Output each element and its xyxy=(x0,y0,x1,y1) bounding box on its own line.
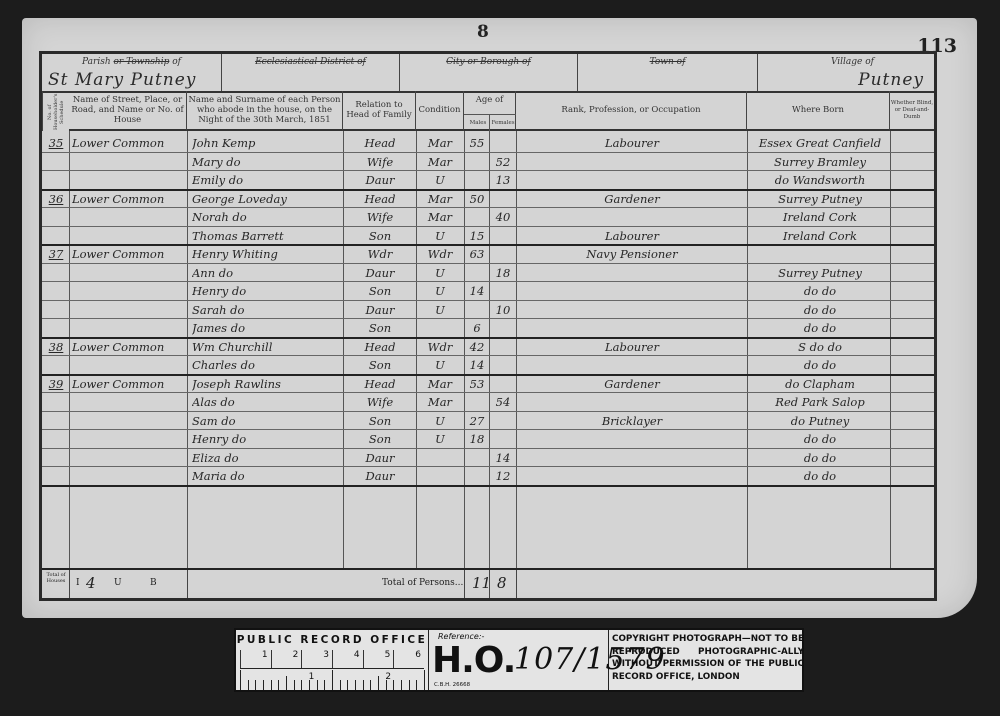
cell-schedule xyxy=(44,448,68,466)
cell-male-age: 14 xyxy=(466,355,488,373)
cell-schedule xyxy=(44,170,68,188)
cell-male-age: 63 xyxy=(466,244,488,262)
cell-schedule: 35 xyxy=(44,133,68,151)
cell-street xyxy=(72,300,186,318)
village-value: Putney xyxy=(858,70,924,90)
cell-schedule xyxy=(44,207,68,225)
cell-street xyxy=(72,263,186,281)
cell-street xyxy=(72,281,186,299)
cell-schedule xyxy=(44,263,68,281)
cell-blind xyxy=(892,448,932,466)
ruler-cm-label: 3 xyxy=(301,650,332,668)
cell-relation: Head xyxy=(345,337,415,355)
cell-occupation xyxy=(520,263,744,281)
cell-blind xyxy=(892,281,932,299)
cell-schedule xyxy=(44,281,68,299)
cell-condition: U xyxy=(418,355,462,373)
cell-relation: Son xyxy=(345,355,415,373)
inhabited-label: I xyxy=(76,578,80,588)
cell-where-born: Red Park Salop xyxy=(750,392,890,410)
cell-where-born: do do xyxy=(750,281,890,299)
cell-name: James do xyxy=(192,318,342,336)
cell-where-born: do do xyxy=(750,448,890,466)
cell-occupation: Labourer xyxy=(520,337,744,355)
cell-occupation: Navy Pensioner xyxy=(520,244,744,262)
cell-where-born: do do xyxy=(750,300,890,318)
cell-street xyxy=(72,466,186,484)
cell-blind xyxy=(892,392,932,410)
cell-occupation xyxy=(520,300,744,318)
cell-name: Alas do xyxy=(192,392,342,410)
cell-name: Maria do xyxy=(192,466,342,484)
cell-relation: Wdr xyxy=(345,244,415,262)
cell-male-age: 55 xyxy=(466,133,488,151)
cell-condition: U xyxy=(418,411,462,429)
cell-where-born: do Clapham xyxy=(750,374,890,392)
cell-street: Lower Common xyxy=(72,133,186,151)
cell-name: Ann do xyxy=(192,263,342,281)
cell-female-age xyxy=(491,337,515,355)
cell-condition: U xyxy=(418,170,462,188)
cell-relation: Son xyxy=(345,226,415,244)
building-label: B xyxy=(150,578,157,588)
cell-relation: Wife xyxy=(345,152,415,170)
cell-condition: Mar xyxy=(418,207,462,225)
folio-number: 8 xyxy=(477,22,489,42)
cell-female-age: 18 xyxy=(491,263,515,281)
cell-blind xyxy=(892,133,932,151)
location-row: Parish or Township of St Mary Putney Ecc… xyxy=(42,54,934,93)
parish-label: Parish xyxy=(82,57,111,67)
cell-name: Thomas Barrett xyxy=(192,226,342,244)
table-row: Thomas BarrettSonU15LabourerIreland Cork xyxy=(42,226,934,247)
cell-female-age: 40 xyxy=(491,207,515,225)
cell-name: Eliza do xyxy=(192,448,342,466)
cell-male-age xyxy=(466,170,488,188)
cell-street xyxy=(72,429,186,447)
females-total: 8 xyxy=(497,574,507,592)
cell-blind xyxy=(892,355,932,373)
cell-female-age xyxy=(491,133,515,151)
parish-value: St Mary Putney xyxy=(48,70,196,90)
header-females: Females xyxy=(491,120,515,126)
cell-occupation xyxy=(520,318,744,336)
table-row: Henry doSonU14do do xyxy=(42,281,934,301)
cell-name: Norah do xyxy=(192,207,342,225)
cell-schedule xyxy=(44,318,68,336)
cell-street xyxy=(72,207,186,225)
cell-street xyxy=(72,226,186,244)
cell-name: George Loveday xyxy=(192,189,342,207)
cell-schedule: 36 xyxy=(44,189,68,207)
cell-male-age: 6 xyxy=(466,318,488,336)
table-row: Henry doSonU18do do xyxy=(42,429,934,449)
cell-relation: Son xyxy=(345,429,415,447)
census-form: Parish or Township of St Mary Putney Ecc… xyxy=(39,51,937,601)
cell-female-age xyxy=(491,281,515,299)
cell-name: Charles do xyxy=(192,355,342,373)
cell-where-born xyxy=(750,244,890,262)
table-row: Maria doDaur12do do xyxy=(42,466,934,487)
cell-occupation xyxy=(520,355,744,373)
city-borough-cell: City or Borough of xyxy=(400,54,578,91)
cell-name: Henry do xyxy=(192,429,342,447)
cell-condition xyxy=(418,318,462,336)
cell-condition: Mar xyxy=(418,189,462,207)
cell-male-age xyxy=(466,152,488,170)
ruler-cm-label: 1 xyxy=(240,650,271,668)
township-struck: or Township xyxy=(114,57,170,67)
table-row: 35Lower CommonJohn KempHeadMar55Labourer… xyxy=(42,133,934,153)
header-blind-deaf: Whether Blind, or Deaf-and-Dumb xyxy=(890,91,934,131)
cell-blind xyxy=(892,466,932,484)
table-row: 36Lower CommonGeorge LovedayHeadMar50Gar… xyxy=(42,189,934,209)
cell-name: Mary do xyxy=(192,152,342,170)
table-row: Sam doSonU27Bricklayerdo Putney xyxy=(42,411,934,431)
cell-where-born: do Wandsworth xyxy=(750,170,890,188)
cell-female-age xyxy=(491,355,515,373)
header-street: Name of Street, Place, or Road, and Name… xyxy=(69,91,187,131)
cell-female-age: 52 xyxy=(491,152,515,170)
cell-relation: Son xyxy=(345,411,415,429)
reference-section: Reference:- H.O. 107/1579 C.B.H. 26668 xyxy=(428,630,609,690)
cell-street xyxy=(72,355,186,373)
header-where-born: Where Born xyxy=(747,91,890,131)
cell-blind xyxy=(892,244,932,262)
cbh-code: C.B.H. 26668 xyxy=(434,682,470,688)
cell-female-age: 14 xyxy=(491,448,515,466)
total-persons-label: Total of Persons... xyxy=(382,578,463,588)
cell-blind xyxy=(892,429,932,447)
ecclesiastical-cell: Ecclesiastical District of xyxy=(222,54,400,91)
header-relation: Relation to Head of Family xyxy=(343,91,416,131)
of-label: of xyxy=(172,57,181,67)
office-title: PUBLIC RECORD OFFICE xyxy=(236,634,428,646)
cell-relation: Daur xyxy=(345,466,415,484)
cell-blind xyxy=(892,318,932,336)
cell-blind xyxy=(892,337,932,355)
cell-condition xyxy=(418,448,462,466)
cell-street: Lower Common xyxy=(72,337,186,355)
cell-condition: Mar xyxy=(418,152,462,170)
cell-blind xyxy=(892,300,932,318)
cell-female-age xyxy=(491,226,515,244)
cell-schedule: 37 xyxy=(44,244,68,262)
cell-female-age: 12 xyxy=(491,466,515,484)
table-row: Alas doWifeMar54Red Park Salop xyxy=(42,392,934,412)
cell-blind xyxy=(892,226,932,244)
cell-male-age xyxy=(466,448,488,466)
cell-schedule xyxy=(44,392,68,410)
parish-cell: Parish or Township of St Mary Putney xyxy=(42,54,222,91)
ruler-cm-label: 4 xyxy=(332,650,363,668)
ruler-cm-label: 5 xyxy=(363,650,394,668)
table-row: Sarah doDaurU10do do xyxy=(42,300,934,320)
cell-occupation xyxy=(520,170,744,188)
village-cell: Village of Putney xyxy=(758,54,934,91)
town-cell: Town of xyxy=(578,54,758,91)
cell-relation: Head xyxy=(345,189,415,207)
cell-relation: Son xyxy=(345,281,415,299)
cell-blind xyxy=(892,170,932,188)
cell-occupation: Bricklayer xyxy=(520,411,744,429)
cell-relation: Daur xyxy=(345,300,415,318)
ruler-cm-label: 6 xyxy=(393,650,424,668)
ruler-inch-label: 2 xyxy=(385,672,391,682)
ruler-section: PUBLIC RECORD OFFICE 12345612 xyxy=(236,630,429,690)
table-row: Eliza doDaur14do do xyxy=(42,448,934,468)
cell-where-born: do do xyxy=(750,318,890,336)
cell-male-age: 53 xyxy=(466,374,488,392)
cell-female-age xyxy=(491,374,515,392)
cell-where-born: Surrey Bramley xyxy=(750,152,890,170)
cell-name: Wm Churchill xyxy=(192,337,342,355)
cell-condition: U xyxy=(418,281,462,299)
cell-occupation xyxy=(520,466,744,484)
cell-where-born: do do xyxy=(750,355,890,373)
cell-female-age xyxy=(491,429,515,447)
cell-where-born: do do xyxy=(750,429,890,447)
cell-occupation xyxy=(520,448,744,466)
cell-female-age xyxy=(491,411,515,429)
archive-label: PUBLIC RECORD OFFICE 12345612 Reference:… xyxy=(234,628,804,692)
cell-relation: Wife xyxy=(345,392,415,410)
series-code: H.O. xyxy=(432,640,515,681)
town-label: Town of xyxy=(650,57,686,67)
cell-male-age xyxy=(466,466,488,484)
cell-street xyxy=(72,318,186,336)
cell-relation: Daur xyxy=(345,448,415,466)
cell-relation: Son xyxy=(345,318,415,336)
cell-occupation xyxy=(520,207,744,225)
cell-relation: Head xyxy=(345,133,415,151)
cell-where-born: Surrey Putney xyxy=(750,189,890,207)
totals-row: Total of Houses I 4 U B Total of Persons… xyxy=(42,568,934,598)
cell-occupation: Labourer xyxy=(520,133,744,151)
cell-condition: U xyxy=(418,226,462,244)
cell-male-age xyxy=(466,392,488,410)
cell-female-age xyxy=(491,318,515,336)
cell-where-born: S do do xyxy=(750,337,890,355)
cell-name: Sam do xyxy=(192,411,342,429)
cell-schedule xyxy=(44,429,68,447)
cell-blind xyxy=(892,207,932,225)
cell-schedule xyxy=(44,411,68,429)
cell-where-born: do do xyxy=(750,466,890,484)
cell-schedule xyxy=(44,466,68,484)
header-name: Name and Surname of each Person who abod… xyxy=(187,91,343,131)
cell-street xyxy=(72,411,186,429)
village-label: Village of xyxy=(758,57,934,67)
cell-street xyxy=(72,170,186,188)
ruler-inch-label: 1 xyxy=(309,672,315,682)
cell-blind xyxy=(892,263,932,281)
cell-female-age xyxy=(491,244,515,262)
cell-schedule xyxy=(44,226,68,244)
cell-condition: U xyxy=(418,429,462,447)
cell-schedule xyxy=(44,152,68,170)
cell-blind xyxy=(892,374,932,392)
copyright-notice: COPYRIGHT PHOTOGRAPH—NOT TO BE REPRODUCE… xyxy=(608,633,808,683)
cell-male-age: 27 xyxy=(466,411,488,429)
table-row: 37Lower CommonHenry WhitingWdrWdr63Navy … xyxy=(42,244,934,264)
table-row: James doSon6do do xyxy=(42,318,934,339)
cell-where-born: Ireland Cork xyxy=(750,226,890,244)
cell-occupation xyxy=(520,429,744,447)
cell-occupation xyxy=(520,392,744,410)
cell-street: Lower Common xyxy=(72,244,186,262)
cell-occupation xyxy=(520,281,744,299)
inhabited-value: 4 xyxy=(86,574,96,592)
cell-blind xyxy=(892,152,932,170)
cell-condition: Mar xyxy=(418,374,462,392)
cell-name: Emily do xyxy=(192,170,342,188)
cell-relation: Daur xyxy=(345,263,415,281)
header-condition: Condition xyxy=(416,91,464,131)
table-row: Mary doWifeMar52Surrey Bramley xyxy=(42,152,934,172)
header-occupation: Rank, Profession, or Occupation xyxy=(516,91,747,131)
cell-schedule xyxy=(44,300,68,318)
scale-ruler: 12345612 xyxy=(240,650,424,690)
cell-occupation: Gardener xyxy=(520,189,744,207)
table-row: Norah doWifeMar40Ireland Cork xyxy=(42,207,934,227)
cell-condition xyxy=(418,466,462,484)
cell-condition: Mar xyxy=(418,133,462,151)
cell-condition: U xyxy=(418,300,462,318)
cell-street: Lower Common xyxy=(72,189,186,207)
ecclesiastical-label: Ecclesiastical District of xyxy=(255,57,366,67)
cell-male-age: 18 xyxy=(466,429,488,447)
cell-relation: Daur xyxy=(345,170,415,188)
cell-where-born: Ireland Cork xyxy=(750,207,890,225)
uninhabited-label: U xyxy=(114,578,122,588)
cell-male-age: 15 xyxy=(466,226,488,244)
cell-where-born: do Putney xyxy=(750,411,890,429)
ruler-cm-label: 2 xyxy=(271,650,302,668)
cell-street xyxy=(72,392,186,410)
cell-relation: Head xyxy=(345,374,415,392)
cell-male-age xyxy=(466,263,488,281)
cell-condition: U xyxy=(418,263,462,281)
header-males: Males xyxy=(466,120,490,126)
cell-male-age xyxy=(466,207,488,225)
cell-condition: Wdr xyxy=(418,337,462,355)
cell-schedule: 39 xyxy=(44,374,68,392)
cell-name: Sarah do xyxy=(192,300,342,318)
cell-condition: Wdr xyxy=(418,244,462,262)
cell-condition: Mar xyxy=(418,392,462,410)
cell-female-age xyxy=(491,189,515,207)
cell-occupation: Labourer xyxy=(520,226,744,244)
cell-blind xyxy=(892,411,932,429)
table-row: 38Lower CommonWm ChurchillHeadWdr42Labou… xyxy=(42,337,934,357)
cell-male-age: 14 xyxy=(466,281,488,299)
cell-male-age: 42 xyxy=(466,337,488,355)
city-borough-label: City or Borough of xyxy=(446,57,531,67)
cell-female-age: 13 xyxy=(491,170,515,188)
cell-street: Lower Common xyxy=(72,374,186,392)
cell-male-age: 50 xyxy=(466,189,488,207)
cell-name: John Kemp xyxy=(192,133,342,151)
cell-occupation xyxy=(520,152,744,170)
cell-name: Joseph Rawlins xyxy=(192,374,342,392)
cell-relation: Wife xyxy=(345,207,415,225)
cell-where-born: Essex Great Canfield xyxy=(750,133,890,151)
cell-schedule xyxy=(44,355,68,373)
total-houses-label: Total of Houses xyxy=(44,572,68,584)
cell-male-age xyxy=(466,300,488,318)
cell-street xyxy=(72,448,186,466)
cell-where-born: Surrey Putney xyxy=(750,263,890,281)
table-row: Charles doSonU14do do xyxy=(42,355,934,376)
table-row: 39Lower CommonJoseph RawlinsHeadMar53Gar… xyxy=(42,374,934,394)
table-row: Emily doDaurU13do Wandsworth xyxy=(42,170,934,191)
header-schedule: No. of Householder's Schedule xyxy=(42,91,69,131)
cell-schedule: 38 xyxy=(44,337,68,355)
cell-blind xyxy=(892,189,932,207)
cell-female-age: 10 xyxy=(491,300,515,318)
cell-occupation: Gardener xyxy=(520,374,744,392)
cell-female-age: 54 xyxy=(491,392,515,410)
cell-name: Henry do xyxy=(192,281,342,299)
cell-street xyxy=(72,152,186,170)
cell-name: Henry Whiting xyxy=(192,244,342,262)
census-page: 8 113 Parish or Township of St Mary Putn… xyxy=(22,18,977,618)
table-row: Ann doDaurU18Surrey Putney xyxy=(42,263,934,283)
